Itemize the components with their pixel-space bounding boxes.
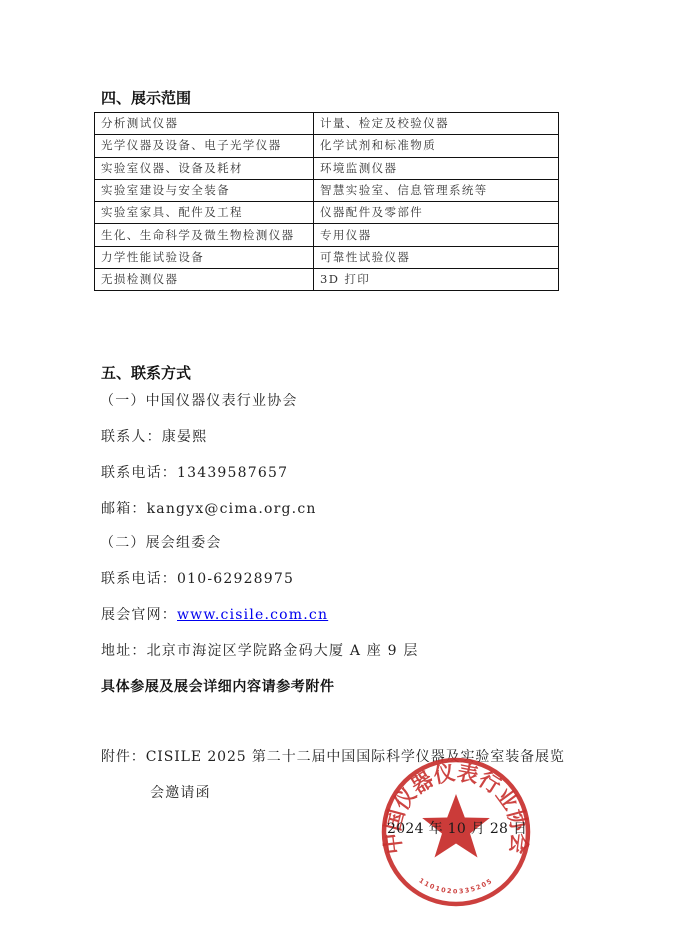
- org2-address: 地址：北京市海淀区学院路金码大厦 A 座 9 层: [101, 640, 419, 660]
- section-5-heading: 五、联系方式: [101, 362, 191, 383]
- table-row: 生化、生命科学及微生物检测仪器 专用仪器: [95, 224, 559, 246]
- attachment-note: 具体参展及展会详细内容请参考附件: [101, 676, 335, 696]
- table-cell: 光学仪器及设备、电子光学仪器: [95, 135, 314, 157]
- document-date: 2024 年 10 月 28 日: [387, 818, 527, 838]
- table-cell: 实验室仪器、设备及耗材: [95, 157, 314, 179]
- table-row: 实验室仪器、设备及耗材 环境监测仪器: [95, 157, 559, 179]
- table-cell: 无损检测仪器: [95, 269, 314, 291]
- table-cell: 可靠性试验仪器: [314, 246, 559, 268]
- org2-title: （二）展会组委会: [100, 532, 222, 552]
- table-row: 分析测试仪器 计量、检定及校验仪器: [95, 113, 559, 135]
- org1-phone: 联系电话：13439587657: [101, 462, 288, 482]
- website-label: 展会官网：: [101, 607, 177, 623]
- table-cell: 3D 打印: [314, 269, 559, 291]
- table-cell: 智慧实验室、信息管理系统等: [314, 179, 559, 201]
- org1-contact-person: 联系人：康晏熙: [101, 426, 207, 446]
- table-cell: 仪器配件及零部件: [314, 202, 559, 224]
- table-cell: 计量、检定及校验仪器: [314, 113, 559, 135]
- table-row: 力学性能试验设备 可靠性试验仪器: [95, 246, 559, 268]
- attachment-line-2: 会邀请函: [150, 782, 211, 802]
- table-cell: 实验室家具、配件及工程: [95, 202, 314, 224]
- table-cell: 分析测试仪器: [95, 113, 314, 135]
- table-cell: 力学性能试验设备: [95, 246, 314, 268]
- table-cell: 专用仪器: [314, 224, 559, 246]
- exhibition-scope-table: 分析测试仪器 计量、检定及校验仪器 光学仪器及设备、电子光学仪器 化学试剂和标准…: [94, 112, 559, 291]
- table-cell: 环境监测仪器: [314, 157, 559, 179]
- table-cell: 化学试剂和标准物质: [314, 135, 559, 157]
- org2-phone: 联系电话：010-62928975: [101, 568, 294, 588]
- org2-website: 展会官网：www.cisile.com.cn: [101, 604, 328, 624]
- table-row: 无损检测仪器 3D 打印: [95, 269, 559, 291]
- website-link[interactable]: www.cisile.com.cn: [177, 607, 328, 623]
- table-row: 光学仪器及设备、电子光学仪器 化学试剂和标准物质: [95, 135, 559, 157]
- table-cell: 实验室建设与安全装备: [95, 179, 314, 201]
- section-4-heading: 四、展示范围: [101, 87, 191, 108]
- table-row: 实验室建设与安全装备 智慧实验室、信息管理系统等: [95, 179, 559, 201]
- org1-title: （一）中国仪器仪表行业协会: [100, 390, 298, 410]
- svg-text:1101020335205: 1101020335205: [417, 876, 494, 895]
- org1-email: 邮箱：kangyx@cima.org.cn: [101, 498, 317, 518]
- table-row: 实验室家具、配件及工程 仪器配件及零部件: [95, 202, 559, 224]
- table-cell: 生化、生命科学及微生物检测仪器: [95, 224, 314, 246]
